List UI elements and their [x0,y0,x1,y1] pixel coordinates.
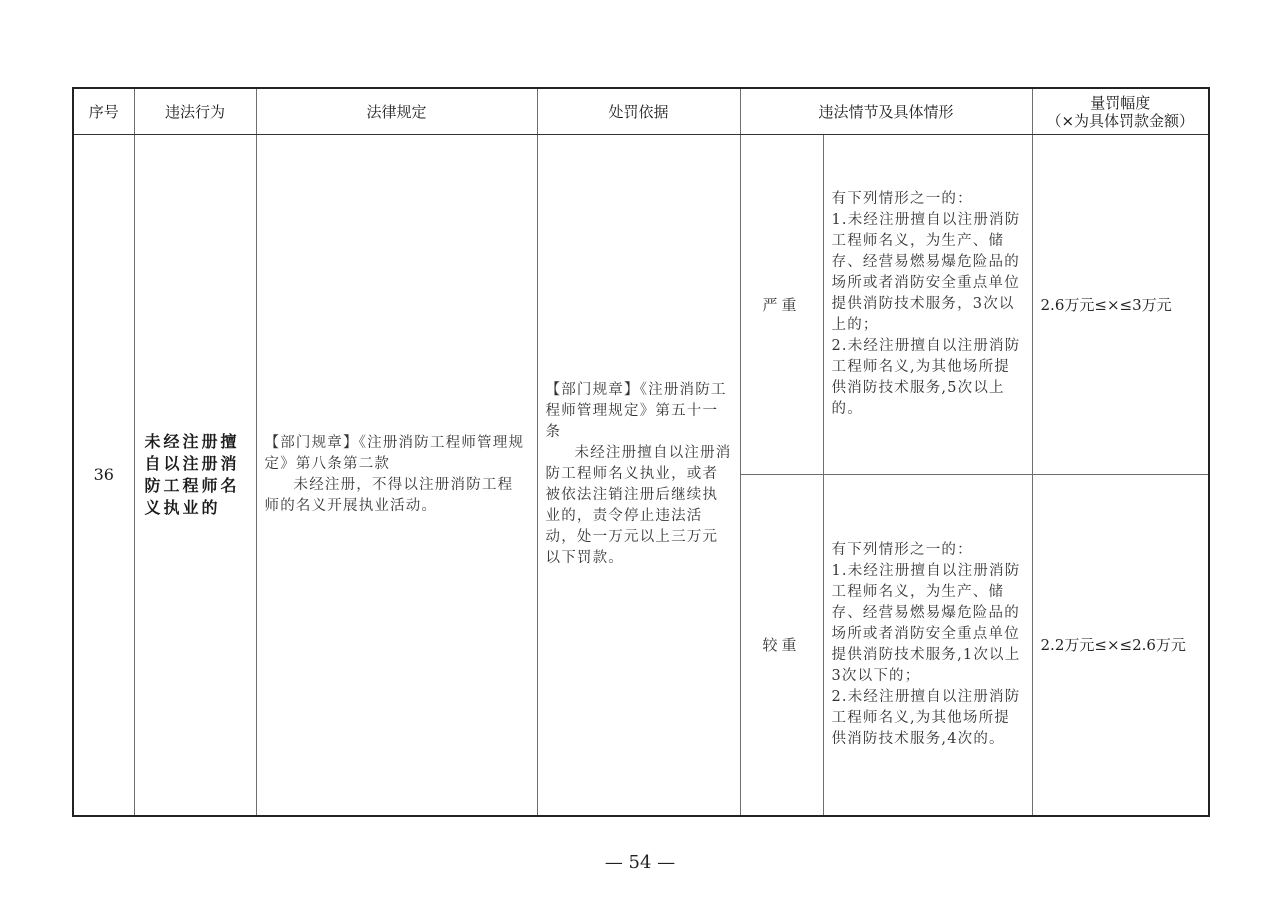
cell-range-serious: 2.2万元≤×≤2.6万元 [1032,475,1209,816]
cell-law-provision: 【部门规章】《注册消防工程师管理规定》第八条第二款 未经注册，不得以注册消防工程… [256,135,537,816]
basis-text: 未经注册擅自以注册消防工程师名义执业，或者被依法注销注册后继续执业的，责令停止违… [546,443,732,569]
detail-item: 2.未经注册擅自以注册消防工程师名义,为其他场所提供消防技术服务,5次以上的。 [832,336,1024,420]
cell-seq: 36 [73,135,134,816]
cell-level-severe: 严重 [740,135,823,475]
cell-range-severe: 2.6万元≤×≤3万元 [1032,135,1209,475]
basis-source: 【部门规章】《注册消防工程师管理规定》第五十一条 [546,380,732,443]
law-source: 【部门规章】《注册消防工程师管理规定》第八条第二款 [265,433,529,475]
cell-detail-serious: 有下列情形之一的： 1.未经注册擅自以注册消防工程师名义，为生产、储存、经营易燃… [823,475,1032,816]
header-range: 量罚幅度 （×为具体罚款金额） [1032,88,1209,135]
header-seq: 序号 [73,88,134,135]
cell-level-serious: 较重 [740,475,823,816]
table-row: 36 未经注册擅自以注册消防工程师名义执业的 【部门规章】《注册消防工程师管理规… [73,135,1209,475]
header-act: 违法行为 [134,88,256,135]
detail-item: 2.未经注册擅自以注册消防工程师名义,为其他场所提供消防技术服务,4次的。 [832,687,1024,750]
detail-intro: 有下列情形之一的： [832,189,1024,210]
cell-detail-severe: 有下列情形之一的： 1.未经注册擅自以注册消防工程师名义，为生产、储存、经营易燃… [823,135,1032,475]
detail-intro: 有下列情形之一的： [832,540,1024,561]
detail-item: 1.未经注册擅自以注册消防工程师名义，为生产、储存、经营易燃易爆危险品的场所或者… [832,210,1024,336]
cell-violation-act: 未经注册擅自以注册消防工程师名义执业的 [134,135,256,816]
header-law: 法律规定 [256,88,537,135]
header-circumstances: 违法情节及具体情形 [740,88,1032,135]
penalty-table: 序号 违法行为 法律规定 处罚依据 违法情节及具体情形 量罚幅度 （×为具体罚款… [72,87,1210,817]
cell-penalty-basis: 【部门规章】《注册消防工程师管理规定》第五十一条 未经注册擅自以注册消防工程师名… [537,135,740,816]
header-basis: 处罚依据 [537,88,740,135]
document-page: 序号 违法行为 法律规定 处罚依据 违法情节及具体情形 量罚幅度 （×为具体罚款… [0,0,1280,905]
header-range-note: （×为具体罚款金额） [1033,112,1209,130]
table-header-row: 序号 违法行为 法律规定 处罚依据 违法情节及具体情形 量罚幅度 （×为具体罚款… [73,88,1209,135]
law-text: 未经注册，不得以注册消防工程师的名义开展执业活动。 [265,475,529,517]
header-range-title: 量罚幅度 [1033,94,1209,112]
page-number: — 54 — [0,852,1280,873]
detail-item: 1.未经注册擅自以注册消防工程师名义，为生产、储存、经营易燃易爆危险品的场所或者… [832,561,1024,687]
